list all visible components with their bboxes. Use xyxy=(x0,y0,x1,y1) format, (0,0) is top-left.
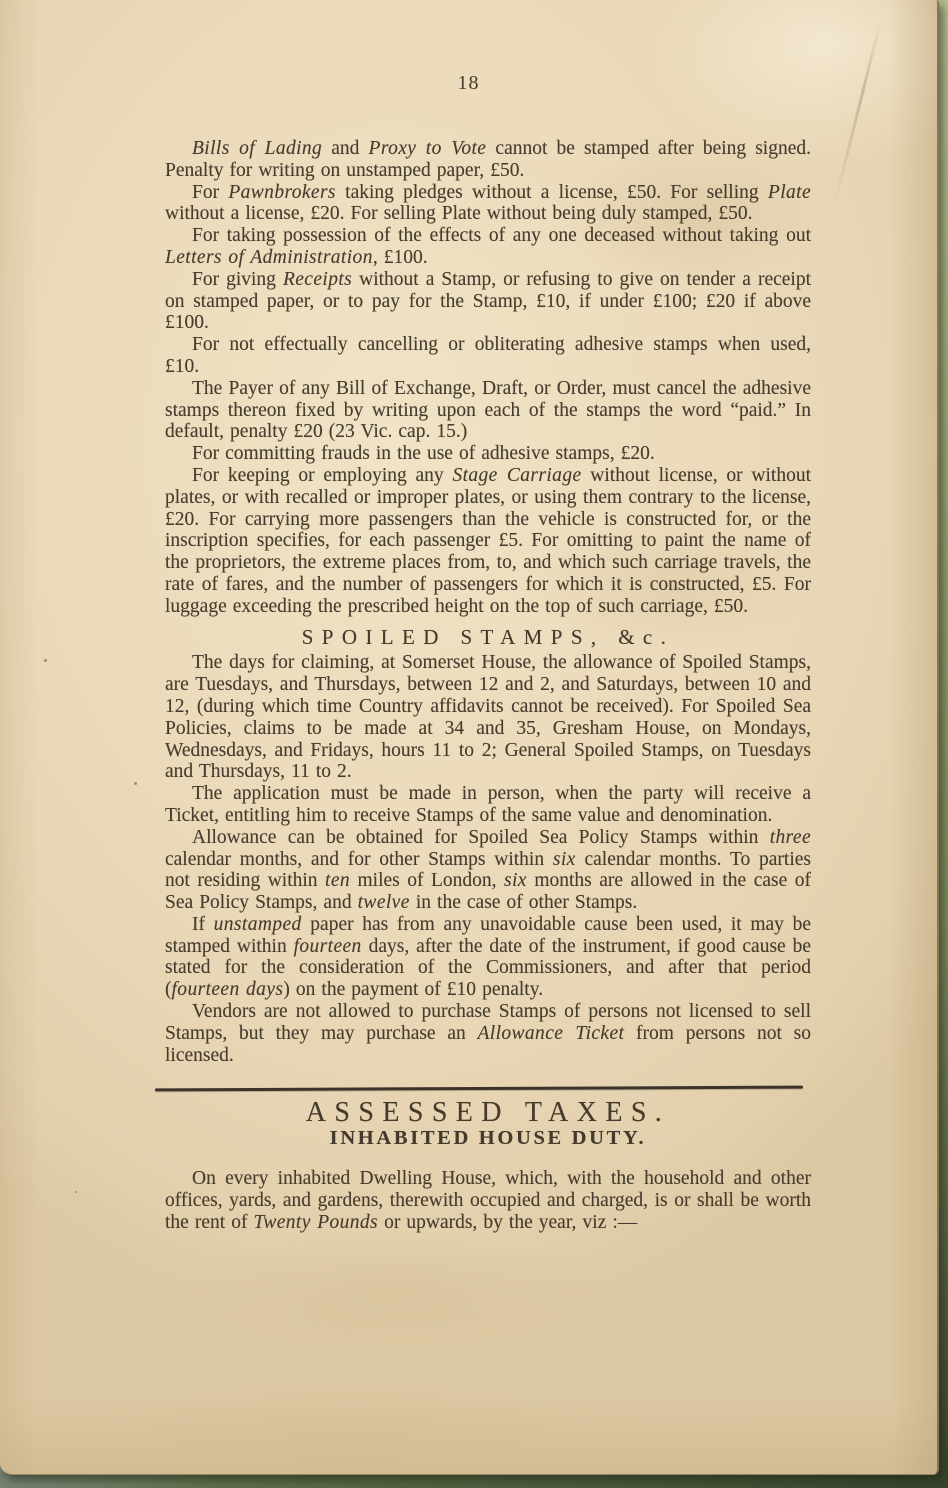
text-block: Bills of Lading and Proxy to Vote cannot… xyxy=(165,138,811,1233)
paragraph: For not effectually cancelling or oblite… xyxy=(165,334,811,378)
paragraph: For Pawnbrokers taking pledges without a… xyxy=(165,182,811,226)
paper-speck xyxy=(75,1191,77,1193)
section-divider xyxy=(155,1086,803,1092)
paper-stain xyxy=(180,1230,600,1350)
book-page: 18 Bills of Lading and Proxy to Vote can… xyxy=(0,0,939,1475)
paragraph: For taking possession of the effects of … xyxy=(165,225,811,269)
paragraph: For giving Receipts without a Stamp, or … xyxy=(165,269,811,334)
paragraph: Allowance can be obtained for Spoiled Se… xyxy=(165,827,811,914)
scan-background: 18 Bills of Lading and Proxy to Vote can… xyxy=(0,0,948,1488)
paragraph: The application must be made in person, … xyxy=(165,783,811,827)
paragraph: The days for claiming, at Somerset House… xyxy=(165,652,811,783)
paper-stain xyxy=(90,1380,610,1470)
paragraph: The Payer of any Bill of Exchange, Draft… xyxy=(165,378,811,443)
assessed-taxes-heading: ASSESSED TAXES. xyxy=(165,1102,811,1124)
page-number: 18 xyxy=(0,0,937,95)
spoiled-stamps-heading: SPOILED STAMPS, &c. xyxy=(165,627,811,649)
paragraph: For committing frauds in the use of adhe… xyxy=(165,443,811,465)
paragraph: On every inhabited Dwelling House, which… xyxy=(165,1168,811,1233)
paragraph: For keeping or employing any Stage Carri… xyxy=(165,465,811,618)
paragraph: If unstamped paper has from any unavoida… xyxy=(165,914,811,1001)
paragraph: Vendors are not allowed to purchase Stam… xyxy=(165,1001,811,1066)
paper-speck xyxy=(44,659,47,662)
inhabited-house-duty-heading: INHABITED HOUSE DUTY. xyxy=(165,1128,811,1150)
paragraph: Bills of Lading and Proxy to Vote cannot… xyxy=(165,138,811,182)
paper-speck xyxy=(134,782,137,785)
